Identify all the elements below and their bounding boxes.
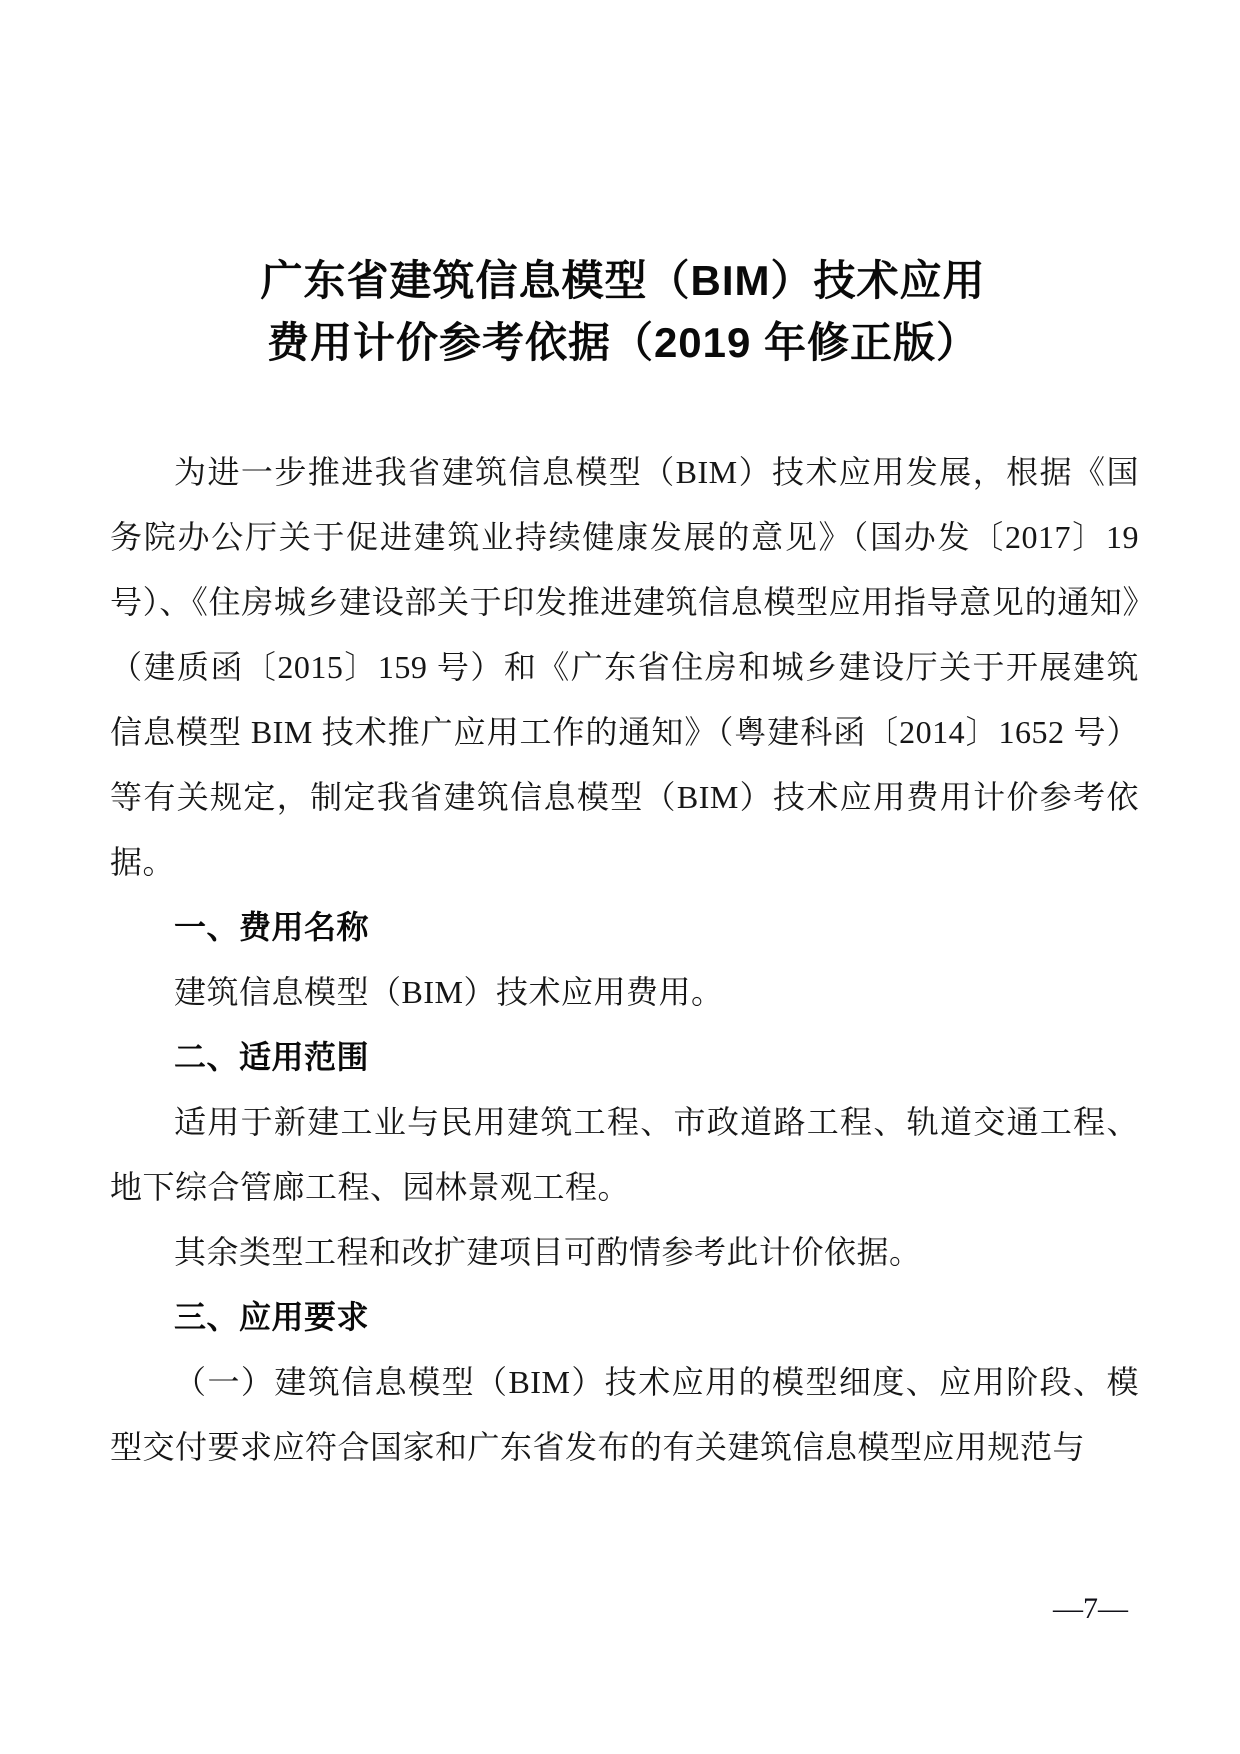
section-heading: 三、应用要求	[110, 1285, 1139, 1350]
page-number: —7—	[1053, 1592, 1128, 1626]
document-body: 为进一步推进我省建筑信息模型（BIM）技术应用发展，根据《国务院办公厅关于促进建…	[110, 440, 1139, 1480]
body-paragraph: （一）建筑信息模型（BIM）技术应用的模型细度、应用阶段、模型交付要求应符合国家…	[110, 1350, 1139, 1480]
body-paragraph: 其余类型工程和改扩建项目可酌情参考此计价依据。	[110, 1220, 1139, 1285]
section-heading: 二、适用范围	[110, 1025, 1139, 1090]
body-paragraph: 适用于新建工业与民用建筑工程、市政道路工程、轨道交通工程、地下综合管廊工程、园林…	[110, 1090, 1139, 1220]
title-line-1: 广东省建筑信息模型（BIM）技术应用	[106, 250, 1140, 312]
body-paragraph: 为进一步推进我省建筑信息模型（BIM）技术应用发展，根据《国务院办公厅关于促进建…	[110, 440, 1139, 895]
body-paragraph: 建筑信息模型（BIM）技术应用费用。	[110, 960, 1139, 1025]
document-page: 广东省建筑信息模型（BIM）技术应用 费用计价参考依据（2019 年修正版） 为…	[0, 0, 1240, 1754]
section-heading: 一、费用名称	[110, 895, 1139, 960]
title-line-2: 费用计价参考依据（2019 年修正版）	[106, 312, 1140, 374]
document-title: 广东省建筑信息模型（BIM）技术应用 费用计价参考依据（2019 年修正版）	[106, 250, 1140, 374]
